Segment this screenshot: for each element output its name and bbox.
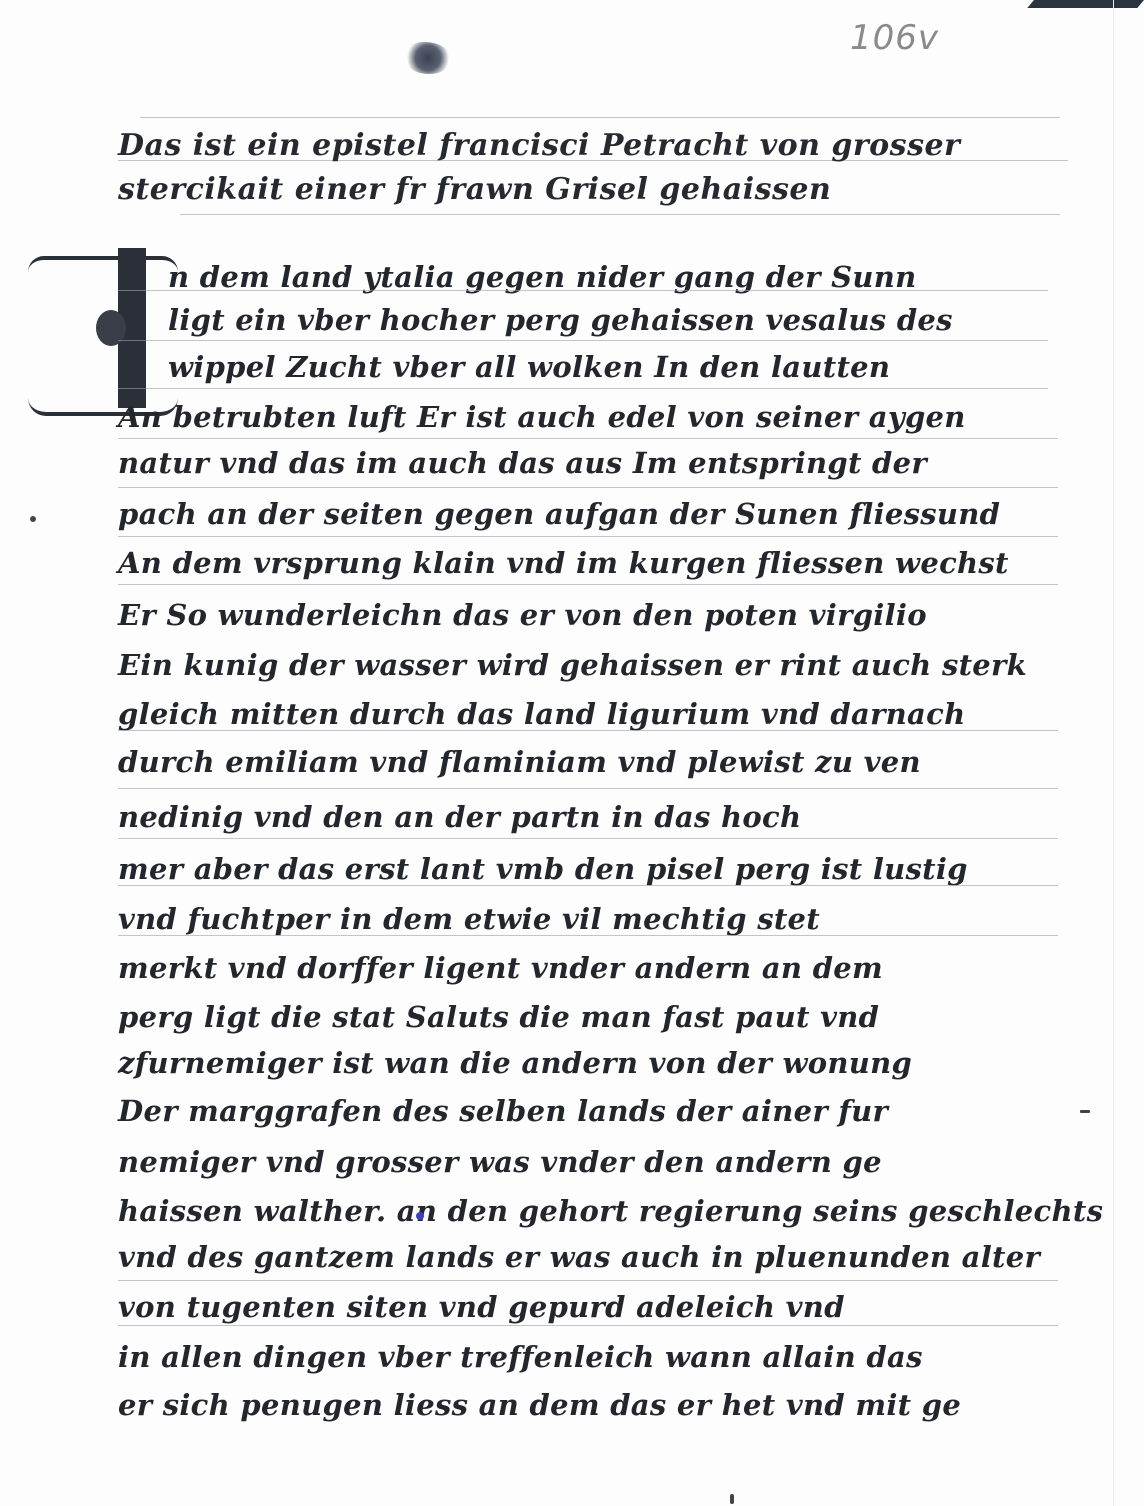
body-line-8: Er So wunderleichn das er von den poten … [118, 598, 1078, 632]
ruling-line [140, 117, 1060, 118]
page-edge [1113, 0, 1114, 1506]
folio-number: 106v [850, 18, 939, 58]
body-line-7: An dem vrsprung klain vnd im kurgen flie… [118, 546, 1078, 580]
body-line-19: nemiger vnd grosser was vnder den andern… [118, 1145, 1078, 1179]
ruling-line [118, 730, 1058, 731]
body-line-2: ligt ein vber hocher perg gehaissen vesa… [168, 303, 1128, 337]
body-line-4: An betrubten luft Er ist auch edel von s… [118, 400, 1078, 434]
decorated-initial-I: I [28, 248, 178, 423]
blue-ink-mark [416, 1212, 424, 1220]
body-line-13: mer aber das erst lant vmb den pisel per… [118, 852, 1078, 886]
ruling-line [118, 340, 1048, 341]
ruling-line [118, 838, 1058, 839]
body-line-23: in allen dingen vber treffenleich wann a… [118, 1340, 1078, 1374]
ruling-line [118, 1325, 1058, 1326]
ink-blot [405, 42, 451, 74]
ruling-line [118, 388, 1048, 389]
heading-line-1: Das ist ein epistel francisci Petracht v… [118, 128, 1068, 163]
body-line-11: durch emiliam vnd flaminiam vnd plewist … [118, 745, 1078, 779]
manuscript-page: 106v Das ist ein epistel francisci Petra… [0, 0, 1144, 1506]
body-line-6: pach an der seiten gegen aufgan der Sune… [118, 497, 1078, 531]
body-line-22: von tugenten siten vnd gepurd adeleich v… [118, 1290, 1078, 1324]
ruling-line [118, 536, 1058, 537]
margin-dot [30, 516, 36, 522]
ruling-line [118, 438, 1058, 439]
body-line-3: wippel Zucht vber all wolken In den laut… [168, 350, 1128, 384]
body-line-21: vnd des gantzem lands er was auch in plu… [118, 1240, 1078, 1274]
ruling-line [118, 487, 1058, 488]
ruling-line [180, 214, 1060, 215]
body-line-17: zfurnemiger ist wan die andern von der w… [118, 1046, 1078, 1080]
bottom-ink-mark [730, 1494, 734, 1504]
heading-line-2: stercikait einer fr frawn Grisel gehaiss… [118, 172, 1068, 207]
ruling-line [118, 1280, 1058, 1281]
margin-dash [1080, 1110, 1090, 1113]
body-line-1: n dem land ytalia gegen nider gang der S… [168, 260, 1128, 294]
body-line-24: er sich penugen liess an dem das er het … [118, 1388, 1078, 1422]
ruling-line [118, 290, 1048, 291]
body-line-15: merkt vnd dorffer ligent vnder andern an… [118, 951, 1078, 985]
body-line-10: gleich mitten durch das land ligurium vn… [118, 697, 1078, 731]
ruling-line [118, 788, 1058, 789]
ruling-line [118, 584, 1058, 585]
ruling-line [118, 935, 1058, 936]
body-line-16: perg ligt die stat Saluts die man fast p… [118, 1000, 1078, 1034]
body-line-12: nedinig vnd den an der partn in das hoch [118, 800, 1078, 834]
body-line-14: vnd fuchtper in dem etwie vil mechtig st… [118, 902, 1078, 936]
body-line-18: Der marggrafen des selben lands der aine… [118, 1094, 1078, 1128]
ruling-line [118, 885, 1058, 886]
body-line-5: natur vnd das im auch das aus Im entspri… [118, 446, 1078, 480]
scan-corner-shadow [1027, 0, 1144, 8]
body-line-20: haissen walther. an den gehort regierung… [118, 1194, 1078, 1228]
body-line-9: Ein kunig der wasser wird gehaissen er r… [118, 648, 1078, 682]
